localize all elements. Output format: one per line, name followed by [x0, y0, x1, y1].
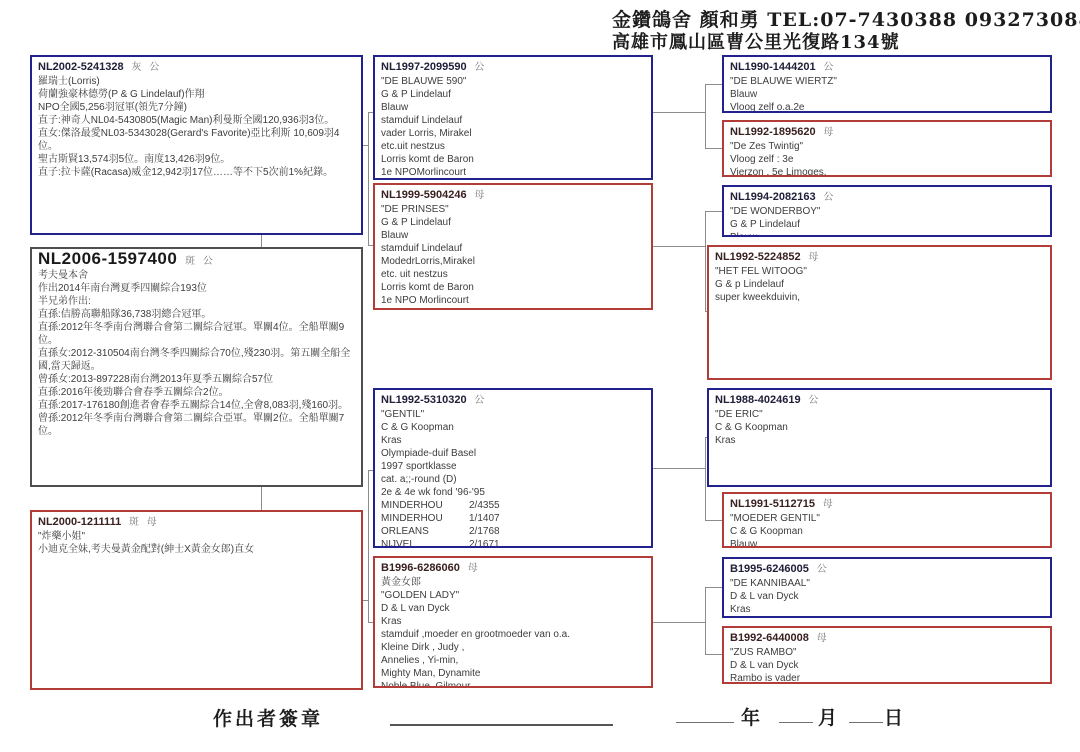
signature-label: 作出者簽章 [213, 704, 323, 731]
race-results-table: MINDERHOU2/4355MINDERHOU1/1407ORLEANS2/1… [381, 499, 645, 548]
box-text-line: 半兄弟作出: [38, 295, 355, 308]
box-text-line: C & G Koopman [715, 421, 1044, 434]
box-text-line: etc.uit nestzus [381, 140, 645, 153]
ring-row: NL1990-1444201 公 [730, 60, 1044, 75]
box-text-line: cat. a;;-round (D) [381, 473, 645, 486]
connector-line [653, 622, 705, 623]
connector-line [705, 437, 707, 438]
race-score: 2/1768 [469, 526, 500, 537]
connector-line [653, 112, 705, 113]
box-text-line: "De Zes Twintig" [730, 140, 1044, 153]
box-text-line: super kweekduivin, [715, 291, 1044, 304]
pedigree-box-paternal-grandfather: NL1997-2099590 公 "DE BLAUWE 590"G & P Li… [373, 55, 653, 180]
box-text: "DE WONDERBOY"G & P LindelaufBlauw [730, 205, 1044, 237]
box-text-line: 作出2014年南台灣夏季四關綜合193位 [38, 282, 355, 295]
ring-row: NL1991-5112715 母 [730, 497, 1044, 512]
box-text-line: stamduif Lindelauf [381, 114, 645, 127]
ring-number: B1992-6440008 [730, 632, 809, 644]
box-text-line: ModedrLorris,Mirakel [381, 255, 645, 268]
connector-line [705, 311, 707, 312]
box-text-line: C & G Koopman [730, 525, 1044, 538]
pedigree-box-ggp5: NL1988-4024619 公 "DE ERIC"C & G KoopmanK… [707, 388, 1052, 487]
connector-line [368, 622, 373, 623]
box-text-line: Olympiade-duif Basel [381, 447, 645, 460]
sex-mark: 公 [149, 62, 159, 73]
box-text-line: 直女:傑洛最愛NL03-5343028(Gerard's Favorite)亞比… [38, 127, 355, 153]
box-text-line: "DE BLAUWE 590" [381, 75, 645, 88]
box-text-line: Vierzon , 5e Limoges, [730, 166, 1044, 177]
connector-line [705, 520, 722, 521]
box-text-line: 小迪克全妹,考夫曼黃金配對(紳士X黃金女郎)直女 [38, 543, 355, 556]
box-text-line: 羅瑞士(Lorris) [38, 75, 355, 88]
box-text-line: Kras [381, 434, 645, 447]
race-score: 2/1671 [469, 539, 500, 548]
pedigree-box-mother: NL2000-1211111 斑 母 "炸藥小姐"小迪克全妹,考夫曼黃金配對(紳… [30, 510, 363, 690]
box-text: "MOEDER GENTIL"C & G KoopmanBlauw [730, 512, 1044, 548]
ring-row: NL1988-4024619 公 [715, 393, 1044, 408]
pedigree-box-subject: NL2006-1597400 斑 公 考夫曼本舍作出2014年南台灣夏季四關綜合… [30, 247, 363, 487]
connector-line [368, 470, 373, 471]
box-text-line: 聖古斯賢13,574羽5位。南度13,426羽9位。 [38, 153, 355, 166]
box-text: "DE BLAUWE WIERTZ"BlauwVloog zelf o.a.2e [730, 75, 1044, 113]
box-text-line: "GOLDEN LADY" [381, 589, 645, 602]
sex-mark: 公 [474, 62, 484, 73]
box-text-line: "HET FEL WITOOG" [715, 265, 1044, 278]
pedigree-box-ggp1: NL1990-1444201 公 "DE BLAUWE WIERTZ"Blauw… [722, 55, 1052, 113]
ring-row: NL2002-5241328 灰 公 [38, 60, 355, 75]
box-text-line: "GENTIL" [381, 408, 645, 421]
box-text-line: Blauw [730, 538, 1044, 548]
box-text-line: C & G Koopman [381, 421, 645, 434]
race-score: 1/1407 [469, 513, 500, 524]
box-text-line: Blauw [730, 88, 1044, 101]
ring-row: NL2006-1597400 斑 公 [38, 252, 355, 269]
ring-row: B1996-6286060 母 [381, 561, 645, 576]
color-mark: 灰 [131, 62, 141, 73]
sex-mark: 公 [823, 192, 833, 203]
pedigree-box-ggp6: NL1991-5112715 母 "MOEDER GENTIL"C & G Ko… [722, 492, 1052, 548]
box-text-line: G & P Lindelauf [730, 218, 1044, 231]
pedigree-page: 金鑽鴿舍 顏和勇 TEL:07-7430388 0932730882 高雄市鳳山… [0, 0, 1080, 752]
pedigree-box-ggp2: NL1992-1895620 母 "De Zes Twintig"Vloog z… [722, 120, 1052, 177]
ring-row: NL1992-1895620 母 [730, 125, 1044, 140]
box-text-line: 直子:拉卡薩(Racasa)威金12,942羽17位……等不下5次前1%紀錄。 [38, 166, 355, 179]
ring-number: NL1992-5310320 [381, 394, 467, 406]
connector-line [368, 112, 373, 113]
sex-mark: 母 [147, 517, 157, 528]
box-text-line: 1997 sportklasse [381, 460, 645, 473]
ring-row: NL2000-1211111 斑 母 [38, 515, 355, 530]
ring-number: NL1999-5904246 [381, 189, 467, 201]
race-result-row: MINDERHOU2/4355 [381, 499, 645, 512]
ring-number: NL2006-1597400 [38, 249, 177, 268]
ring-number: NL2002-5241328 [38, 61, 124, 73]
ring-row: B1995-6246005 公 [730, 562, 1044, 577]
box-text-line: 直孫:2012年冬季南台灣聯合會第二關綜合冠軍。單關4位。全船單關9位。 [38, 321, 355, 347]
box-text-line: 2e & 4e wk fond '96-'95 [381, 486, 645, 499]
box-text-line: NPO全國5,256羽冠軍(領先7分鐘) [38, 101, 355, 114]
box-text: "HET FEL WITOOG"G & p Lindelaufsuper kwe… [715, 265, 1044, 304]
pedigree-box-paternal-grandmother: NL1999-5904246 母 "DE PRINSES"G & P Linde… [373, 183, 653, 310]
race-score: 2/4355 [469, 500, 500, 511]
connector-line [705, 587, 722, 588]
box-text: "De Zes Twintig"Vloog zelf : 3eVierzon ,… [730, 140, 1044, 177]
day-blank-line [849, 722, 883, 723]
box-text-line: "DE KANNIBAAL" [730, 577, 1044, 590]
box-text-line: "MOEDER GENTIL" [730, 512, 1044, 525]
box-text-line: 直孫:佶勝高聯船隊36,738羽總合冠軍。 [38, 308, 355, 321]
box-text-line: 曾孫女:2013-897228南台灣2013年夏季五關綜合57位 [38, 373, 355, 386]
race-result-row: ORLEANS2/1768 [381, 525, 645, 538]
box-text-line: 直孫:2017-176180創進者會春季五關綜合14位,全會8,083羽,殘16… [38, 399, 355, 412]
signature-line [390, 724, 613, 726]
race-name: MINDERHOU [381, 499, 469, 512]
box-text-line: "DE ERIC" [715, 408, 1044, 421]
box-text: "DE KANNIBAAL"D & L van DyckKras [730, 577, 1044, 616]
month-blank-line [779, 722, 813, 723]
box-text-line: "DE PRINSES" [381, 203, 645, 216]
box-text-line: 1e NPO Morlincourt [381, 294, 645, 307]
ring-number: NL1990-1444201 [730, 61, 816, 73]
connector-line [705, 211, 722, 212]
sex-mark: 母 [823, 499, 833, 510]
box-text-line: "炸藥小姐" [38, 530, 355, 543]
box-text: 黃金女郎"GOLDEN LADY"D & L van DyckKrasstamd… [381, 576, 645, 688]
box-text: "DE PRINSES"G & P LindelaufBlauwstamduif… [381, 203, 645, 307]
connector-line [705, 211, 706, 312]
connector-line [368, 245, 373, 246]
box-text: "DE ERIC"C & G KoopmanKras [715, 408, 1044, 447]
box-text-line: 直孫女:2012-310504南台灣冬季四關綜合70位,殘230羽。第五關全船全… [38, 347, 355, 373]
sex-mark: 公 [817, 564, 827, 575]
box-text-line: 荷蘭強豪林德勞(P & G Lindelauf)作翔 [38, 88, 355, 101]
box-text: "ZUS RAMBO"D & L van DyckRambo is vader [730, 646, 1044, 684]
box-text-line: 1e NPOMorlincourt [381, 166, 645, 179]
box-text-line: Vloog zelf o.a.2e [730, 101, 1044, 113]
ring-number: B1995-6246005 [730, 563, 809, 575]
ring-number: NL1992-1895620 [730, 126, 816, 138]
box-text-line: vader Lorris, Mirakel [381, 127, 645, 140]
box-text-line: Blauw [381, 101, 645, 114]
connector-line [261, 487, 262, 510]
box-text-line: etc. uit nestzus [381, 268, 645, 281]
day-label: 日 [884, 703, 903, 730]
ring-number: B1996-6286060 [381, 562, 460, 574]
box-text-line: "ZUS RAMBO" [730, 646, 1044, 659]
ring-number: NL1997-2099590 [381, 61, 467, 73]
connector-line [705, 437, 706, 521]
connector-line [705, 587, 706, 655]
box-text: "炸藥小姐"小迪克全妹,考夫曼黃金配對(紳士X黃金女郎)直女 [38, 530, 355, 556]
box-text-line: Kleine Dirk , Judy , [381, 641, 645, 654]
box-text-line: D & L van Dyck [381, 602, 645, 615]
ring-row: B1992-6440008 母 [730, 631, 1044, 646]
ring-row: NL1999-5904246 母 [381, 188, 645, 203]
box-text-line: Kras [381, 615, 645, 628]
race-name: MINDERHOU [381, 512, 469, 525]
color-mark: 斑 [185, 256, 195, 267]
race-result-row: NIJVEL2/1671 [381, 538, 645, 548]
race-name: ORLEANS [381, 525, 469, 538]
box-text-line: Lorris komt de Baron [381, 281, 645, 294]
box-text: 考夫曼本舍作出2014年南台灣夏季四關綜合193位半兄弟作出:直孫:佶勝高聯船隊… [38, 269, 355, 438]
pedigree-box-maternal-grandmother: B1996-6286060 母 黃金女郎"GOLDEN LADY"D & L v… [373, 556, 653, 688]
box-text-line: stamduif Lindelauf [381, 242, 645, 255]
ring-number: NL1992-5224852 [715, 251, 801, 263]
box-text-line: G & P Lindelauf [381, 216, 645, 229]
box-text-line: Blauw [730, 231, 1044, 237]
loft-address: 高雄市鳳山區曹公里光復路134號 [612, 28, 900, 54]
connector-line [653, 246, 705, 247]
pedigree-box-ggp3: NL1994-2082163 公 "DE WONDERBOY"G & P Lin… [722, 185, 1052, 237]
connector-line [653, 468, 705, 469]
pedigree-box-ggp4: NL1992-5224852 母 "HET FEL WITOOG"G & p L… [707, 245, 1052, 380]
ring-number: NL1991-5112715 [730, 498, 815, 510]
box-text-line: Kras [730, 603, 1044, 616]
connector-line [705, 148, 722, 149]
sex-mark: 母 [808, 252, 818, 263]
color-mark: 斑 [129, 517, 139, 528]
box-text-line: Annelies , Yi-min, [381, 654, 645, 667]
connector-line [705, 84, 722, 85]
sex-mark: 母 [823, 127, 833, 138]
sex-mark: 公 [474, 395, 484, 406]
sex-mark: 公 [823, 62, 833, 73]
ring-row: NL1992-5310320 公 [381, 393, 645, 408]
sex-mark: 母 [817, 633, 827, 644]
pedigree-box-father: NL2002-5241328 灰 公 羅瑞士(Lorris)荷蘭強豪林德勞(P … [30, 55, 363, 235]
sex-mark: 母 [468, 563, 478, 574]
ring-row: NL1994-2082163 公 [730, 190, 1044, 205]
box-text-line: stamduif ,moeder en grootmoeder van o.a. [381, 628, 645, 641]
race-name: NIJVEL [381, 538, 469, 548]
sex-mark: 公 [203, 256, 213, 267]
box-text: "GENTIL"C & G KoopmanKrasOlympiade-duif … [381, 408, 645, 499]
ring-row: NL1992-5224852 母 [715, 250, 1044, 265]
box-text-line: Blauw [381, 229, 645, 242]
month-label: 月 [818, 703, 837, 730]
box-text-line: G & p Lindelauf [715, 278, 1044, 291]
box-text-line: 直子:神奇人NL04-5430805(Magic Man)利曼斯全國120,93… [38, 114, 355, 127]
box-text-line: Noble Blue, Gilmour [381, 680, 645, 688]
box-text-line: 曾孫:2012年冬季南台灣聯合會第二關綜合亞軍。單關2位。全船單關7位。 [38, 412, 355, 438]
race-result-row: MINDERHOU1/1407 [381, 512, 645, 525]
box-text-line: "DE BLAUWE WIERTZ" [730, 75, 1044, 88]
box-text: "DE BLAUWE 590"G & P LindelaufBlauwstamd… [381, 75, 645, 179]
box-text-line: Rambo is vader [730, 672, 1044, 684]
box-text-line: D & L van Dyck [730, 590, 1044, 603]
box-text: 羅瑞士(Lorris)荷蘭強豪林德勞(P & G Lindelauf)作翔NPO… [38, 75, 355, 179]
box-text-line: 考夫曼本舍 [38, 269, 355, 282]
pedigree-box-ggp7: B1995-6246005 公 "DE KANNIBAAL"D & L van … [722, 557, 1052, 618]
ring-number: NL1994-2082163 [730, 191, 816, 203]
connector-line [261, 235, 262, 247]
pedigree-box-ggp8: B1992-6440008 母 "ZUS RAMBO"D & L van Dyc… [722, 626, 1052, 684]
box-text-line: Kras [715, 434, 1044, 447]
sex-mark: 公 [808, 395, 818, 406]
box-text-line: G & P Lindelauf [381, 88, 645, 101]
connector-line [368, 112, 369, 246]
ring-row: NL1997-2099590 公 [381, 60, 645, 75]
ring-number: NL2000-1211111 [38, 516, 121, 528]
connector-line [705, 84, 706, 149]
box-text-line: "DE WONDERBOY" [730, 205, 1044, 218]
year-label: 年 [741, 703, 760, 730]
box-text-line: 直孫:2016年後勁聯合會春季五關綜合2位。 [38, 386, 355, 399]
box-text-line: Lorris komt de Baron [381, 153, 645, 166]
ring-number: NL1988-4024619 [715, 394, 801, 406]
connector-line [368, 470, 369, 623]
box-text-line: 黃金女郎 [381, 576, 645, 589]
box-text-line: D & L van Dyck [730, 659, 1044, 672]
pedigree-box-maternal-grandfather: NL1992-5310320 公 "GENTIL"C & G KoopmanKr… [373, 388, 653, 548]
year-blank-line [676, 722, 734, 723]
box-text-line: Vloog zelf : 3e [730, 153, 1044, 166]
connector-line [705, 654, 722, 655]
sex-mark: 母 [474, 190, 484, 201]
box-text-line: Mighty Man, Dynamite [381, 667, 645, 680]
